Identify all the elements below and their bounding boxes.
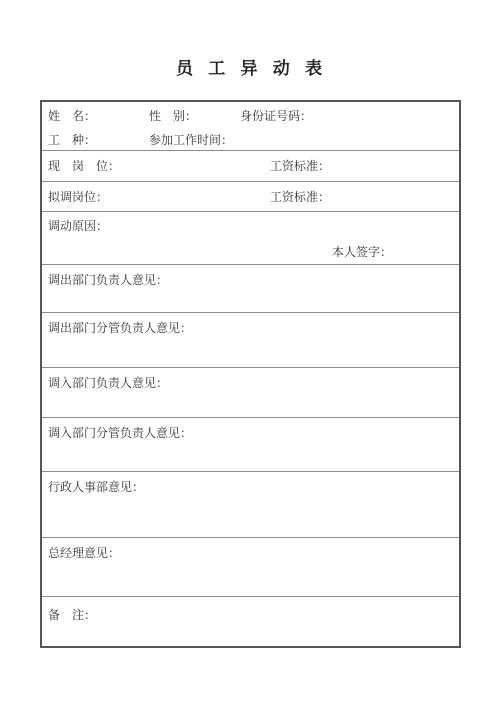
work-start-label: 参加工作时间： xyxy=(149,133,233,147)
row-basic-info: 姓 名： 性 别： 身份证号码： 工 种： 参加工作时间： xyxy=(42,102,459,151)
row-in-dept-head-opinion: 调入部门负责人意见： xyxy=(42,368,459,418)
out-dept-supervisor-opinion-label: 调出部门分管负责人意见： xyxy=(48,321,192,335)
row-out-dept-head-opinion: 调出部门负责人意见： xyxy=(42,265,459,313)
hr-dept-opinion-label: 行政人事部意见： xyxy=(48,480,144,494)
in-dept-supervisor-opinion-label: 调入部门分管负责人意见： xyxy=(48,426,192,440)
page-title: 员 工 异 动 表 xyxy=(0,54,500,79)
general-manager-opinion-label: 总经理意见： xyxy=(48,546,120,560)
employee-transfer-form-table: 姓 名： 性 别： 身份证号码： 工 种： 参加工作时间： 现 岗 位： 工资标… xyxy=(40,100,461,648)
document-page: 员 工 异 动 表 姓 名： 性 别： 身份证号码： 工 种： 参加工作时间： … xyxy=(0,0,500,707)
name-label: 姓 名： xyxy=(48,109,96,123)
id-number-label: 身份证号码： xyxy=(240,109,312,123)
in-dept-head-opinion-label: 调入部门负责人意见： xyxy=(48,376,168,390)
gender-label: 性 别： xyxy=(149,109,197,123)
current-salary-label: 工资标准： xyxy=(270,159,330,173)
out-dept-head-opinion-label: 调出部门负责人意见： xyxy=(48,273,168,287)
row-general-manager-opinion: 总经理意见： xyxy=(42,538,459,597)
row-proposed-post: 拟调岗位： 工资标准： xyxy=(42,182,459,212)
row-current-post: 现 岗 位： 工资标准： xyxy=(42,151,459,182)
remarks-label: 备 注： xyxy=(48,608,96,622)
row-remarks: 备 注： xyxy=(42,597,459,646)
row-in-dept-supervisor-opinion: 调入部门分管负责人意见： xyxy=(42,418,459,472)
transfer-reason-label: 调动原因： xyxy=(48,219,108,233)
job-type-label: 工 种： xyxy=(48,133,96,147)
row-transfer-reason: 调动原因： 本人签字： xyxy=(42,212,459,265)
proposed-post-label: 拟调岗位： xyxy=(48,190,108,204)
proposed-salary-label: 工资标准： xyxy=(270,190,330,204)
self-signature-label: 本人签字： xyxy=(332,245,392,259)
row-out-dept-supervisor-opinion: 调出部门分管负责人意见： xyxy=(42,313,459,368)
row-hr-dept-opinion: 行政人事部意见： xyxy=(42,472,459,538)
current-post-label: 现 岗 位： xyxy=(48,159,120,173)
